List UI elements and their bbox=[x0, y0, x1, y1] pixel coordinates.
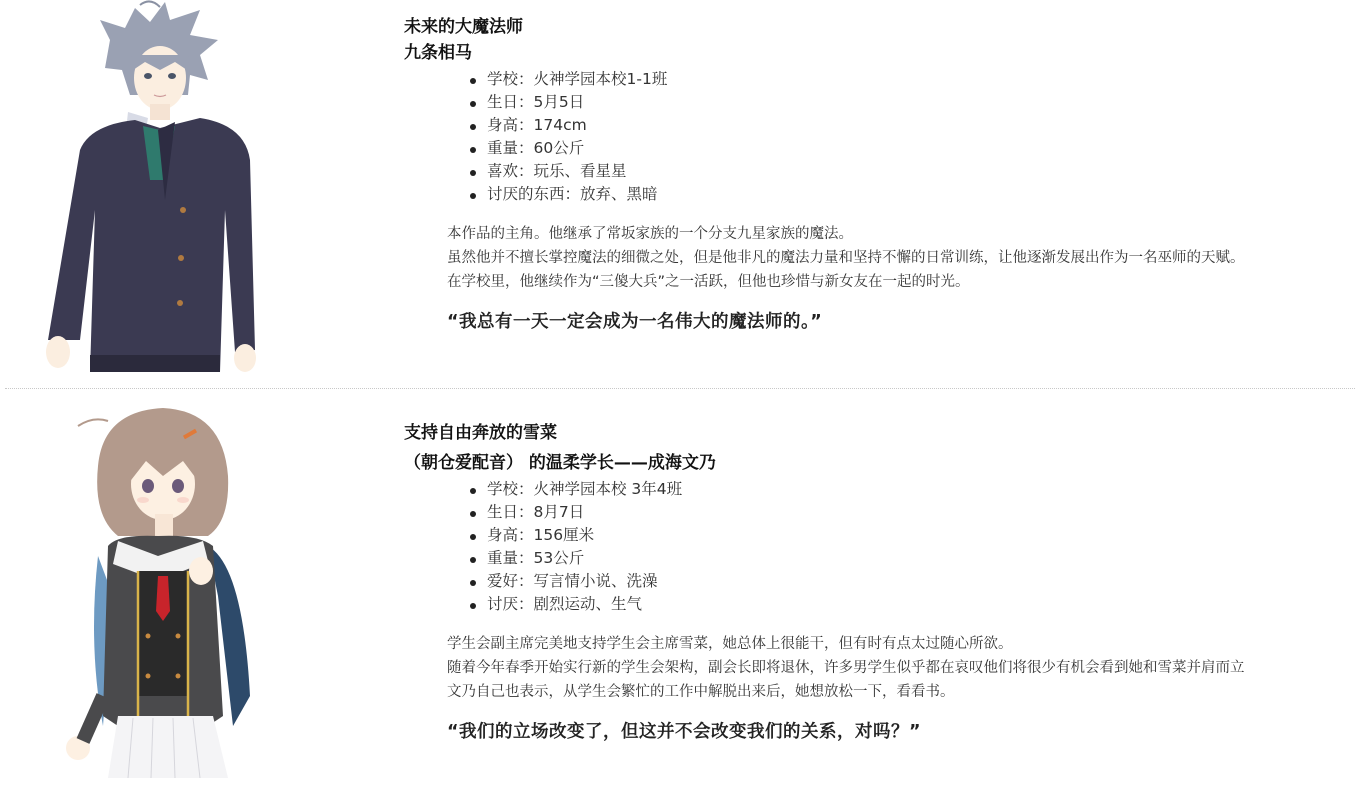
description-line: 本作品的主角。他继承了常坂家族的一个分支九星家族的魔法。 bbox=[447, 222, 1356, 246]
stat-hobbies: 爱好：写言情小说、洗澡 bbox=[468, 570, 1356, 593]
character-name: （朝仓爱配音） 的温柔学长——成海文乃 bbox=[404, 450, 1356, 476]
character-description: 本作品的主角。他继承了常坂家族的一个分支九星家族的魔法。 虽然他并不擅长掌控魔法… bbox=[447, 222, 1356, 294]
stat-likes: 喜欢：玩乐、看星星 bbox=[468, 160, 1356, 183]
character-portrait-image bbox=[58, 396, 258, 778]
character-entry-souma: 未来的大魔法师 九条相马 学校：火神学园本校1-1班 生日：5月5日 身高：17… bbox=[0, 0, 1356, 388]
character-quote: “我们的立场改变了，但这并不会改变我们的关系，对吗？” bbox=[447, 718, 1356, 743]
character-info: 支持自由奔放的雪菜 （朝仓爱配音） 的温柔学长——成海文乃 学校：火神学园本校 … bbox=[404, 420, 1356, 743]
description-line: 文乃自己也表示，从学生会繁忙的工作中解脱出来后，她想放松一下，看看书。 bbox=[447, 680, 1356, 704]
character-portrait-image bbox=[40, 0, 260, 372]
stat-dislikes: 讨厌：剧烈运动、生气 bbox=[468, 593, 1356, 616]
character-entry-fumino: 支持自由奔放的雪菜 （朝仓爱配音） 的温柔学长——成海文乃 学校：火神学园本校 … bbox=[0, 390, 1356, 785]
character-stats-list: 学校：火神学园本校1-1班 生日：5月5日 身高：174cm 重量：60公斤 喜… bbox=[404, 68, 1356, 206]
character-description: 学生会副主席完美地支持学生会主席雪菜，她总体上很能干，但有时有点太过随心所欲。 … bbox=[447, 632, 1356, 704]
character-subtitle: 未来的大魔法师 bbox=[404, 14, 1356, 40]
boy-portrait-illustration bbox=[40, 0, 260, 372]
character-quote: “我总有一天一定会成为一名伟大的魔法师的。” bbox=[447, 308, 1356, 333]
description-line: 随着今年春季开始实行新的学生会架构，副会长即将退休，许多男学生似乎都在哀叹他们将… bbox=[447, 656, 1356, 680]
character-info: 未来的大魔法师 九条相马 学校：火神学园本校1-1班 生日：5月5日 身高：17… bbox=[404, 14, 1356, 333]
stat-weight: 重量：60公斤 bbox=[468, 137, 1356, 160]
character-name: 九条相马 bbox=[404, 40, 1356, 66]
character-stats-list: 学校：火神学园本校 3年4班 生日：8月7日 身高：156厘米 重量：53公斤 … bbox=[404, 478, 1356, 616]
stat-school: 学校：火神学园本校1-1班 bbox=[468, 68, 1356, 91]
description-line: 学生会副主席完美地支持学生会主席雪菜，她总体上很能干，但有时有点太过随心所欲。 bbox=[447, 632, 1356, 656]
description-line: 虽然他并不擅长掌控魔法的细微之处，但是他非凡的魔法力量和坚持不懈的日常训练，让他… bbox=[447, 246, 1356, 270]
girl-portrait-illustration bbox=[58, 396, 258, 778]
character-subtitle: 支持自由奔放的雪菜 bbox=[404, 420, 1356, 446]
stat-birthday: 生日：8月7日 bbox=[468, 501, 1356, 524]
stat-height: 身高：156厘米 bbox=[468, 524, 1356, 547]
description-line: 在学校里，他继续作为“三傻大兵”之一活跃，但他也珍惜与新女友在一起的时光。 bbox=[447, 270, 1356, 294]
stat-birthday: 生日：5月5日 bbox=[468, 91, 1356, 114]
section-divider bbox=[5, 388, 1355, 389]
stat-dislikes: 讨厌的东西：放弃、黑暗 bbox=[468, 183, 1356, 206]
stat-weight: 重量：53公斤 bbox=[468, 547, 1356, 570]
stat-height: 身高：174cm bbox=[468, 114, 1356, 137]
stat-school: 学校：火神学园本校 3年4班 bbox=[468, 478, 1356, 501]
